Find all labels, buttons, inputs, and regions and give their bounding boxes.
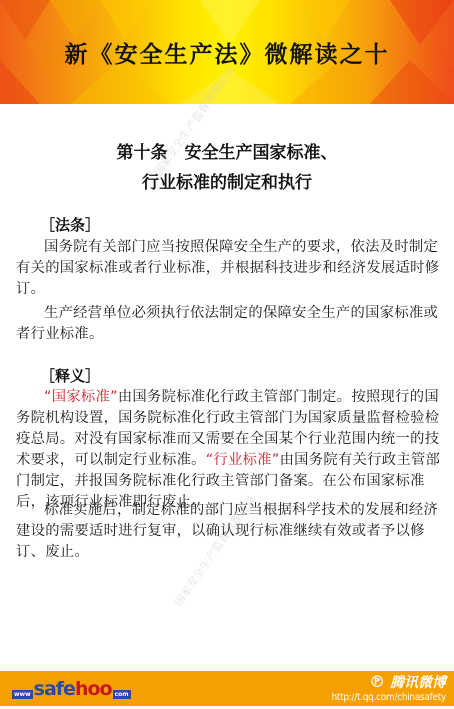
highlight-national-standard: “国家标准” [44,389,118,405]
law-paragraph-text: 国务院有关部门应当按照保障安全生产的要求，依法及时制定有关的国家标准或者行业标准… [16,239,439,297]
interpretation-text: 标准实施后，制定标准的部门应当根据科学技术的发展和经济建设的需要适时进行复审，以… [16,502,438,560]
tencent-weibo-link[interactable]: ℗ 腾讯微博 http://t.qq.com/chinasafety [332,672,447,703]
law-section-label: ［法条］ [40,214,100,235]
safehoo-logo[interactable]: www safe hoo com [12,679,131,699]
tencent-weibo-icon: ℗ [369,672,385,691]
logo-com: com [113,690,131,699]
law-paragraph: 国务院有关部门应当按照保障安全生产的要求，依法及时制定有关的国家标准或者行业标准… [16,237,442,300]
interpretation-section-label: ［释义］ [40,365,100,386]
weibo-url[interactable]: http://t.qq.com/chinasafety [332,692,447,703]
logo-safe: safe [34,679,75,699]
interpretation-paragraph: “国家标准”由国务院标准化行政主管部门制定。按照现行的国务院机构设置，国务院标准… [16,387,442,513]
law-paragraph: 生产经营单位必须执行依法制定的保障安全生产的国家标准或者行业标准。 [16,303,442,345]
highlight-industry-standard: “行业标准” [206,452,280,468]
law-paragraph-text: 生产经营单位必须执行依法制定的保障安全生产的国家标准或者行业标准。 [16,305,438,342]
article-heading-line2: 行业标准的制定和执行 [0,168,454,193]
logo-www: www [12,690,33,699]
article-heading-line1: 第十条 安全生产国家标准、 [0,138,454,163]
interpretation-paragraph: 标准实施后，制定标准的部门应当根据科学技术的发展和经济建设的需要适时进行复审，以… [16,500,442,563]
footer-bar: www safe hoo com ℗ 腾讯微博 http://t.qq.com/… [0,671,454,706]
header-banner: 新《安全生产法》微解读之十 [0,0,454,104]
weibo-label: 腾讯微博 [390,675,446,691]
logo-hoo: hoo [75,679,112,699]
